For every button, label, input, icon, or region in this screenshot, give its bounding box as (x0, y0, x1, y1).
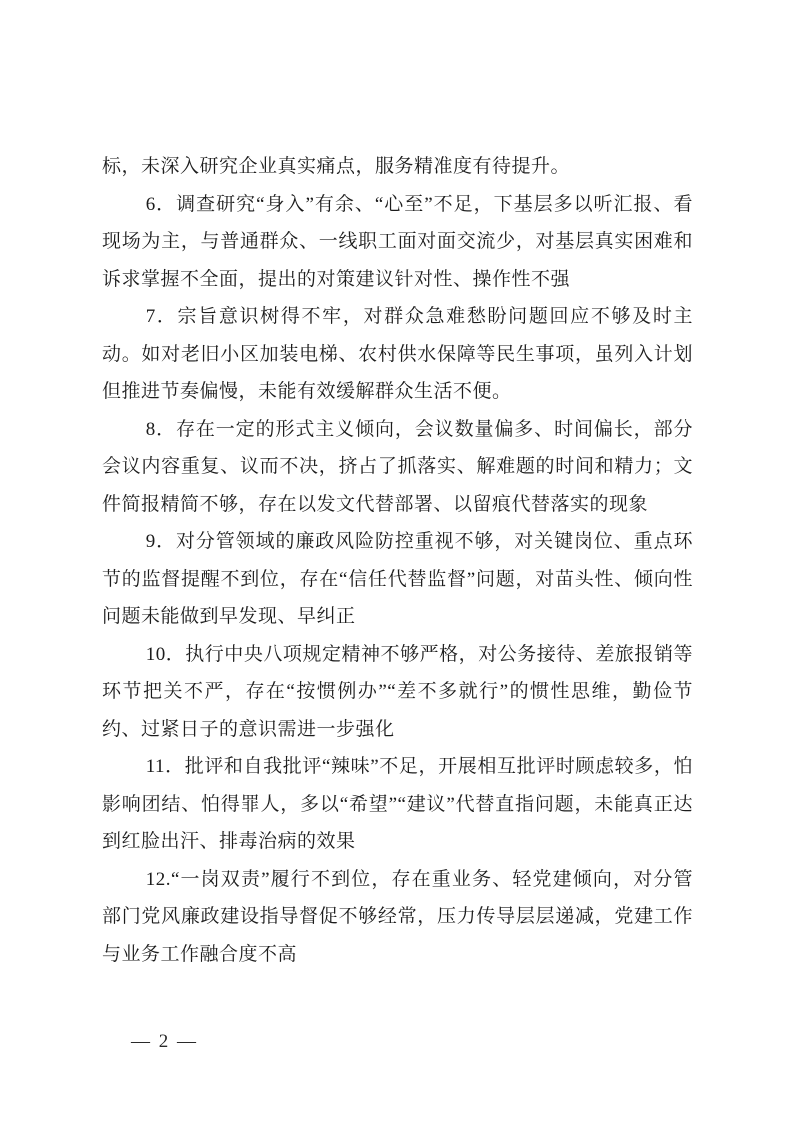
paragraph-continuation: 标，未深入研究企业真实痛点，服务精准度有待提升。 (102, 148, 693, 186)
paragraph-item-8: 8．存在一定的形式主义倾向，会议数量偏多、时间偏长，部分会议内容重复、议而不决，… (102, 411, 693, 524)
paragraph-item-9: 9．对分管领域的廉政风险防控重视不够，对关键岗位、重点环节的监督提醒不到位，存在… (102, 523, 693, 636)
paragraph-item-10: 10．执行中央八项规定精神不够严格，对公务接待、差旅报销等环节把关不严，存在“按… (102, 636, 693, 749)
paragraph-item-11: 11．批评和自我批评“辣味”不足，开展相互批评时顾虑较多，怕影响团结、怕得罪人，… (102, 748, 693, 861)
paragraph-item-7: 7．宗旨意识树得不牢，对群众急难愁盼问题回应不够及时主动。如对老旧小区加装电梯、… (102, 298, 693, 411)
paragraph-item-12: 12.“一岗双责”履行不到位，存在重业务、轻党建倾向，对分管部门党风廉政建设指导… (102, 861, 693, 974)
document-body: 标，未深入研究企业真实痛点，服务精准度有待提升。 6．调查研究“身入”有余、“心… (102, 148, 693, 973)
paragraph-item-6: 6．调查研究“身入”有余、“心至”不足，下基层多以听汇报、看现场为主，与普通群众… (102, 186, 693, 299)
page-number: — 2 — (131, 1031, 198, 1053)
document-page: 标，未深入研究企业真实痛点，服务精准度有待提升。 6．调查研究“身入”有余、“心… (0, 0, 793, 1122)
